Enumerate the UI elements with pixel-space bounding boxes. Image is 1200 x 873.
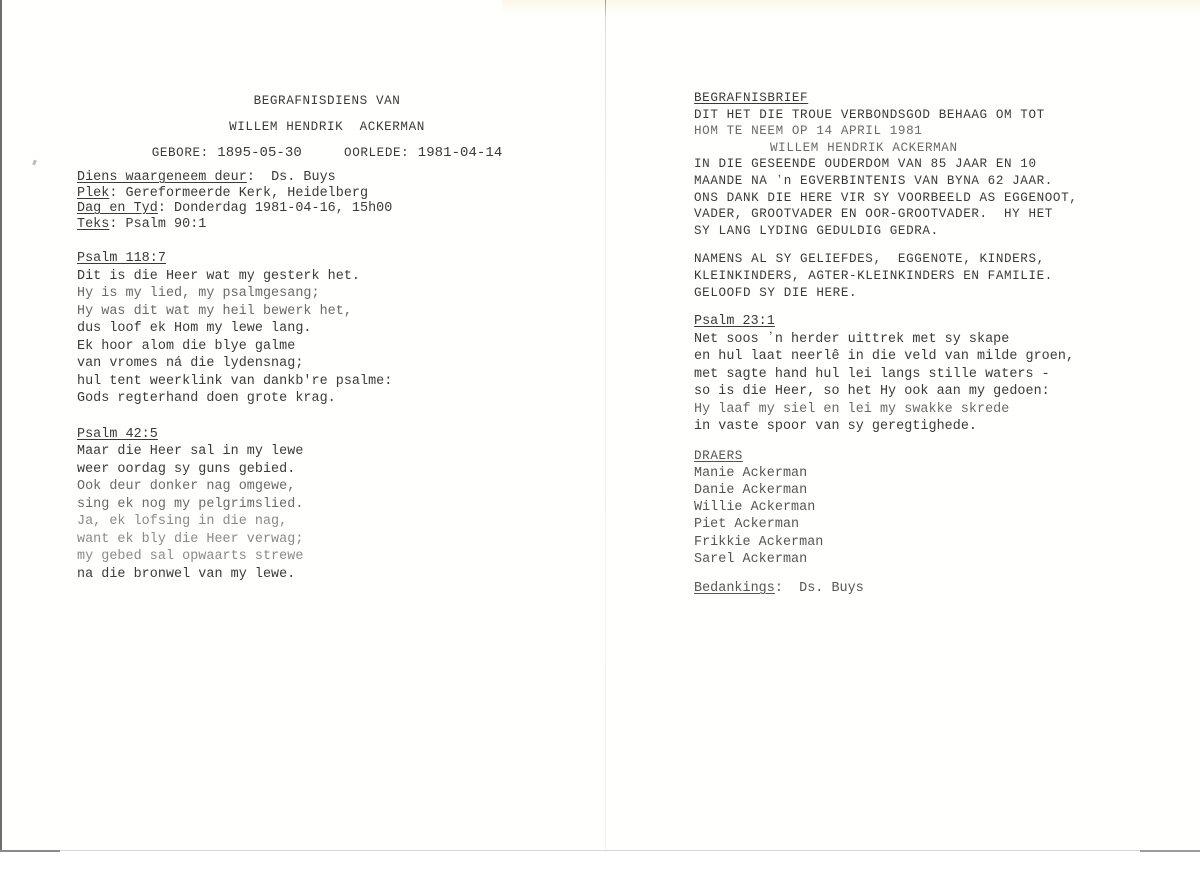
notice-line: ONS DANK DIE HERE VIR SY VOORBEELD AS EG…	[694, 190, 1154, 207]
bearer-name: Piet Ackerman	[694, 516, 1154, 533]
verse-line: want ek bly die Heer verwag;	[77, 531, 577, 549]
verse-line: na die bronwel van my lewe.	[77, 566, 577, 584]
family-line: GELOOFD SY DIE HERE.	[694, 285, 1154, 302]
center-fold	[605, 0, 606, 850]
paper-mark	[32, 160, 37, 166]
died-label: OORLEDE:	[344, 146, 409, 160]
paper-tint	[502, 0, 1200, 14]
verse-line: Gods regterhand doen grote krag.	[77, 390, 577, 408]
psalm-23-heading: Psalm 23:1	[694, 313, 1154, 331]
verse-line: my gebed sal opwaarts strewe	[77, 548, 577, 566]
family-line: KLEINKINDERS, AGTER-KLEINKINDERS EN FAMI…	[694, 268, 1154, 285]
thanks-line: Bedankings: Ds. Buys	[694, 580, 1154, 598]
thanks-value: Ds. Buys	[783, 581, 864, 596]
bearer-name: Willie Ackerman	[694, 499, 1154, 516]
notice-heading: BEGRAFNISBRIEF	[694, 90, 1154, 107]
verse-line: Hy was dit wat my heil bewerk het,	[77, 303, 577, 321]
verse-line: hul tent weerklink van dankb're psalme:	[77, 373, 577, 391]
info-text: Teks: Psalm 90:1	[77, 217, 577, 233]
psalm-118-section: Psalm 118:7 Dit is die Heer wat my geste…	[77, 250, 577, 408]
family-line: NAMENS AL SY GELIEFDES, EGGENOTE, KINDER…	[694, 251, 1154, 268]
verse-line: met sagte hand hul lei langs stille wate…	[694, 366, 1154, 384]
info-officiant: Diens waargeneem deur: Ds. Buys	[77, 170, 577, 186]
born-label: GEBORE:	[152, 146, 209, 160]
bearers-heading: DRAERS	[694, 448, 1154, 465]
died-date: 1981-04-14	[418, 145, 503, 161]
scanned-sheet: BEGRAFNISDIENS VAN WILLEM HENDRIK ACKERM…	[0, 0, 1200, 850]
psalm-42-heading: Psalm 42:5	[77, 426, 577, 444]
family-block: NAMENS AL SY GELIEFDES, EGGENOTE, KINDER…	[694, 251, 1154, 301]
bearer-name: Danie Ackerman	[694, 482, 1154, 499]
thanks-label: Bedankings	[694, 581, 775, 596]
bearer-name: Manie Ackerman	[694, 465, 1154, 482]
service-info: Diens waargeneem deur: Ds. Buys Plek: Ge…	[77, 170, 577, 232]
notice-line: HOM TE NEEM OP 14 APRIL 1981	[694, 123, 1154, 140]
right-page: BEGRAFNISBRIEF DIT HET DIE TROUE VERBOND…	[694, 90, 1154, 598]
psalm-118-heading: Psalm 118:7	[77, 250, 577, 268]
bearers-section: DRAERS Manie Ackerman Danie Ackerman Wil…	[694, 448, 1154, 568]
notice-line: DIT HET DIE TROUE VERBONDSGOD BEHAAG OM …	[694, 107, 1154, 124]
bearer-name: Frikkie Ackerman	[694, 534, 1154, 551]
verse-line: Hy laaf my siel en lei my swakke skrede	[694, 401, 1154, 419]
verse-line: en hul laat neerlê in die veld van milde…	[694, 348, 1154, 366]
verse-line: Ek hoor alom die blye galme	[77, 338, 577, 356]
verse-line: dus loof ek Hom my lewe lang.	[77, 320, 577, 338]
service-title: BEGRAFNISDIENS VAN	[77, 88, 577, 114]
notice-line: IN DIE GESEENDE OUDERDOM VAN 85 JAAR EN …	[694, 156, 1154, 173]
verse-line: weer oordag sy guns gebied.	[77, 461, 577, 479]
info-place: Plek: Gereformeerde Kerk, Heidelberg	[77, 186, 577, 202]
verse-line: van vromes ná die lydensnag;	[77, 355, 577, 373]
verse-line: in vaste spoor van sy geregtighede.	[694, 418, 1154, 436]
psalm-23-section: Psalm 23:1 Net soos ʼn herder uittrek me…	[694, 313, 1154, 436]
psalm-42-section: Psalm 42:5 Maar die Heer sal in my lewe …	[77, 426, 577, 584]
verse-line: Hy is my lied, my psalmgesang;	[77, 285, 577, 303]
bearer-name: Sarel Ackerman	[694, 551, 1154, 568]
verse-line: Ook deur donker nag omgewe,	[77, 478, 577, 496]
verse-line: so is die Heer, so het Hy ook aan my ged…	[694, 383, 1154, 401]
verse-line: Ja, ek lofsing in die nag,	[77, 513, 577, 531]
death-notice: DIT HET DIE TROUE VERBONDSGOD BEHAAG OM …	[694, 107, 1154, 240]
verse-line: sing ek nog my pelgrimslied.	[77, 496, 577, 514]
scan-background	[0, 850, 1200, 873]
notice-line: SY LANG LYDING GEDULDIG GEDRA.	[694, 223, 1154, 240]
service-header: BEGRAFNISDIENS VAN WILLEM HENDRIK ACKERM…	[77, 88, 577, 166]
verse-line: Dit is die Heer wat my gesterk het.	[77, 268, 577, 286]
deceased-name: WILLEM HENDRIK ACKERMAN	[77, 114, 577, 140]
left-page: BEGRAFNISDIENS VAN WILLEM HENDRIK ACKERM…	[77, 88, 577, 583]
notice-line: MAANDE NA ʼn EGVERBINTENIS VAN BYNA 62 J…	[694, 173, 1154, 190]
verse-line: Maar die Heer sal in my lewe	[77, 443, 577, 461]
verse-line: Net soos ʼn herder uittrek met sy skape	[694, 331, 1154, 349]
born-date: 1895-05-30	[217, 145, 302, 161]
life-dates: GEBORE: 1895-05-30 OORLEDE: 1981-04-14	[77, 140, 577, 166]
notice-line: VADER, GROOTVADER EN OOR-GROOTVADER. HY …	[694, 206, 1154, 223]
notice-name-line: WILLEM HENDRIK ACKERMAN	[694, 140, 1154, 157]
info-day-time: Dag en Tyd: Donderdag 1981-04-16, 15h00	[77, 201, 577, 217]
